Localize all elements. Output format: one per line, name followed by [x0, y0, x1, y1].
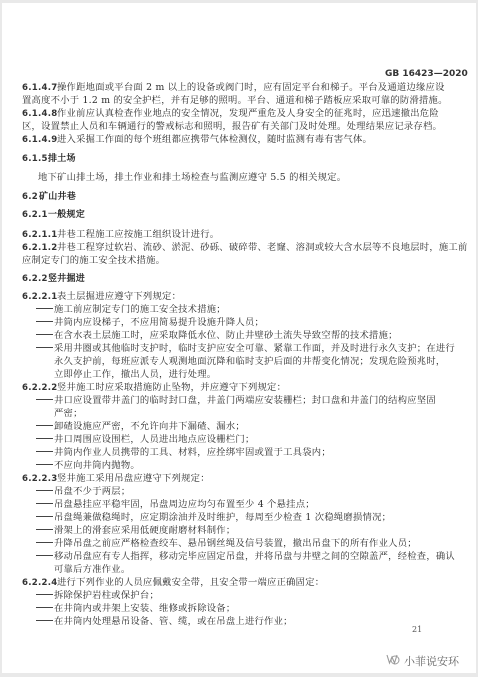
list-item: 井口应设置带井盖门的临时封口盘，井盖门两端应安装栅栏；封口盘和井盖门的结构应坚固 — [36, 395, 436, 407]
em-dash — [36, 607, 53, 608]
section-heading-6-1-5: 6.1.5排土场 — [22, 153, 76, 165]
em-dash — [36, 516, 53, 517]
clause-text-continuation: 应制定专门的施工安全技术措施。 — [22, 255, 165, 267]
standard-number: GB 16423—2020 — [385, 69, 468, 79]
list-item-continuation: 永久支护前，每班应派专人观测地面沉降和临时支护后面的井帮变化情况；发现危险预兆时… — [54, 356, 445, 368]
clause-6-2-2-1: 6.2.2.1表土层掘进应遵守下列规定： — [22, 291, 181, 303]
watermark-text: 小菲说安环 — [404, 653, 459, 669]
list-item: 移动吊盘应有专人指挥，移动完毕应固定吊盘，并将吊盘与井壁之间的空隙盖严，经检查，… — [36, 551, 455, 563]
list-item: 井筒内应设梯子，不应用简易提升设施升降人员； — [36, 317, 264, 329]
watermark: 小菲说安环 — [385, 652, 459, 669]
em-dash — [36, 594, 53, 595]
body-paragraph: 地下矿山排土场，排土作业和排土场检查与监测应遵守 5.5 的相关规定。 — [38, 172, 346, 184]
clause-6-2-2-2: 6.2.2.2竖井施工时应采取措施防止坠物，并应遵守下列规定： — [22, 382, 286, 394]
list-item-continuation: 可靠后方准作业。 — [54, 564, 130, 576]
clause-6-2-1-1: 6.2.1.1井巷工程施工应按施工组织设计进行。 — [22, 229, 219, 241]
list-item: 滑架上的滑套应采用低硬度耐磨材料制作； — [36, 525, 235, 537]
list-item: 施工前应制定专门的施工安全技术措施； — [36, 304, 226, 316]
list-item: 吊盘悬挂应平稳牢固，吊盘周边应均匀布置至少 4 个悬挂点； — [36, 499, 315, 511]
list-item: 在井筒内处理悬吊设备、管、缆，或在吊盘上进行作业； — [36, 616, 293, 628]
em-dash — [36, 529, 53, 530]
list-item: 吊盘不少于两层； — [36, 486, 130, 498]
em-dash — [36, 490, 53, 491]
em-dash — [36, 347, 53, 348]
list-item: 在含水表土层施工时，应采取降低水位、防止井壁砂土流失导致空帮的技术措施； — [36, 330, 398, 342]
clause-text-continuation: 区，设置禁止人员和车辆通行的警戒标志和照明，报告矿有关部门及时处理。处理结果应记… — [22, 121, 442, 133]
em-dash — [36, 425, 53, 426]
clause-text-continuation: 置高度不小于 1.2 m 的安全护栏，并有足够的照明。平台、通道和梯子踏板应采取… — [22, 95, 448, 107]
list-item: 吊盘绳兼做稳绳时，应定期涂油并及时维护，每周至少检查 1 次稳绳磨损情况； — [36, 512, 391, 524]
section-heading-6-2-2: 6.2.2竖井掘进 — [22, 273, 85, 285]
em-dash — [36, 503, 53, 504]
list-item: 采用井圈或其他临时支护时，临时支护应安全可靠、紧靠工作面，并及时进行永久支护；在… — [36, 343, 455, 355]
em-dash — [36, 555, 53, 556]
em-dash — [36, 321, 53, 322]
list-item-continuation: 立即停止工作，撤出人员，进行处理。 — [54, 369, 216, 381]
em-dash — [36, 620, 53, 621]
list-item: 在井筒内或井架上安装、维修或拆除设备； — [36, 603, 235, 615]
em-dash — [36, 542, 53, 543]
clause-6-1-4-9: 6.1.4.9进入采掘工作面的每个班组都应携带气体检测仪，随时监测有毒有害气体。 — [22, 134, 372, 146]
page-number: 21 — [412, 625, 422, 634]
em-dash — [36, 399, 53, 400]
clause-6-2-2-3: 6.2.2.3竖井施工采用吊盘应遵守下列规定： — [22, 473, 210, 485]
list-item-continuation: 严密； — [54, 408, 83, 420]
section-heading-6-2: 6.2矿山井巷 — [22, 191, 76, 203]
list-item: 不应向井筒内抛物。 — [36, 460, 140, 472]
clause-6-2-1-2: 6.2.1.2井巷工程穿过软岩、流砂、淤泥、砂砾、破碎带、老窿、溶洞或较大含水层… — [22, 242, 468, 254]
clause-6-2-2-4: 6.2.2.4进行下列作业的人员应佩戴安全带，且安全带一端应正确固定： — [22, 577, 324, 589]
list-item: 卸碴设施应严密，不允许向井下漏碴、漏水； — [36, 421, 245, 433]
em-dash — [36, 464, 53, 465]
em-dash — [36, 438, 53, 439]
list-item: 井筒内作业人员携带的工具、材料，应拴绑牢固或置于工具袋内； — [36, 447, 331, 459]
em-dash — [36, 334, 53, 335]
list-item: 井口周围应设围栏，人员进出地点应设栅栏门； — [36, 434, 255, 446]
wechat-channel-icon — [385, 652, 401, 669]
em-dash — [36, 451, 53, 452]
section-heading-6-2-1: 6.2.1一般规定 — [22, 209, 85, 221]
list-item: 升降吊盘之前应严格检查绞车、悬吊钢丝绳及信号装置，撤出吊盘下的所有作业人员； — [36, 538, 417, 550]
em-dash — [36, 308, 53, 309]
list-item: 拆除保护岩柱或保护台； — [36, 590, 159, 602]
document-page: GB 16423—2020 6.1.4.7操作距地面或平台面 2 m 以上的设备… — [2, 3, 476, 673]
clause-6-1-4-8: 6.1.4.8作业前应认真检查作业地点的安全情况，发现严重危及人身安全的征兆时，… — [22, 108, 439, 120]
clause-6-1-4-7: 6.1.4.7操作距地面或平台面 2 m 以上的设备或阀门时，应有固定平台和梯子… — [22, 82, 445, 94]
